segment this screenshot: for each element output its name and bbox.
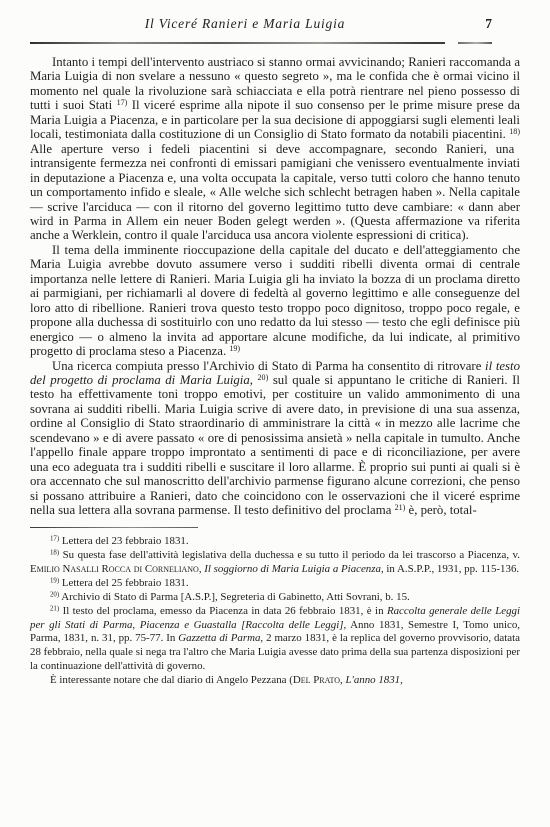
header-rule-row [30,42,520,44]
footnote-21-continuation: È interessante notare che dal diario di … [30,674,520,688]
footnote-18: 18) Su questa fase dell'attività legisla… [30,549,520,577]
footnote-20: 20) Archivio di Stato di Parma [A.S.P.],… [30,591,520,605]
running-header-title: Il Viceré Ranieri e Maria Luigia [30,16,460,32]
footnote-19: 19) Lettera del 25 febbraio 1831. [30,577,520,591]
paragraph-intervento-austriaco: Intanto i tempi dell'intervento austriac… [30,55,520,243]
footnote-separator [30,527,198,528]
paragraph-rioccupazione: Il tema della imminente rioccupazione de… [30,243,520,359]
header-rule [30,42,445,44]
footnote-17: 17) Lettera del 23 febbraio 1831. [30,535,520,549]
page-header: Il Viceré Ranieri e Maria Luigia 7 [30,16,520,44]
book-page: Il Viceré Ranieri e Maria Luigia 7 Intan… [0,0,550,827]
body-text: Intanto i tempi dell'intervento austriac… [30,55,520,518]
page-number: 7 [485,16,492,32]
paragraph-ricerca-archivio: Una ricerca compiuta presso l'Archivio d… [30,359,520,518]
footnotes-section: 17) Lettera del 23 febbraio 1831. 18) Su… [30,535,520,688]
page-number-rule [458,42,492,43]
running-head: Il Viceré Ranieri e Maria Luigia 7 [30,16,520,36]
footnote-21: 21) Il testo del proclama, emesso da Pia… [30,605,520,675]
